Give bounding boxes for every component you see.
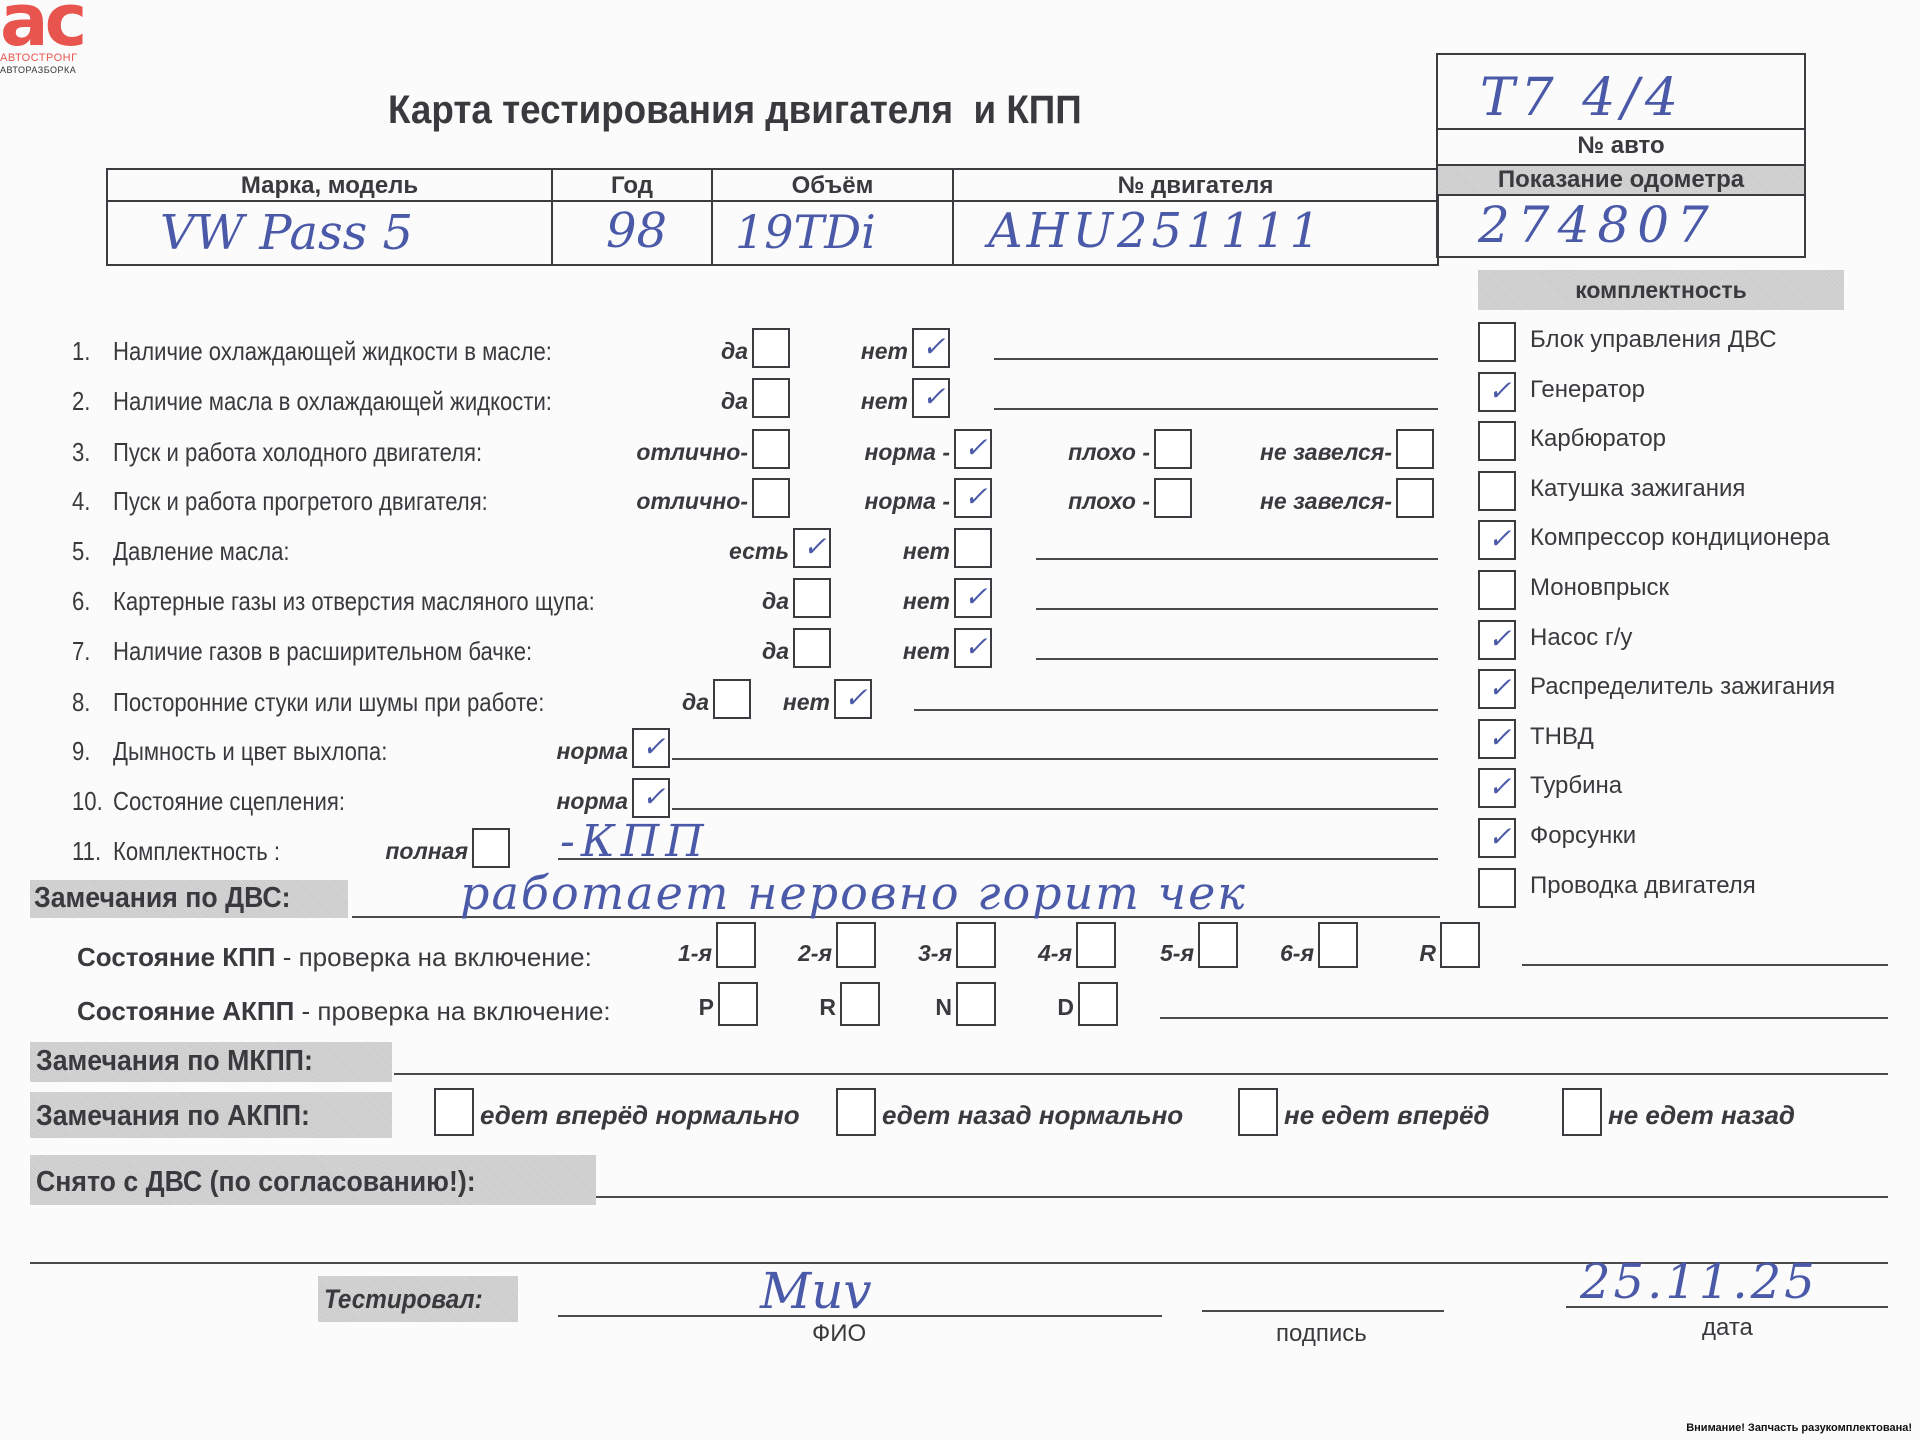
completeness-item-label: Насос г/у [1530, 624, 1632, 652]
check-option-label: нет [784, 538, 950, 565]
completeness-item-label: Распределитель зажигания [1530, 673, 1835, 701]
auto-remark-label: не едет назад [1608, 1100, 1795, 1131]
check-mark-icon: ✓ [844, 683, 867, 713]
gear-checkbox[interactable] [1078, 982, 1118, 1026]
completeness-item-label: Блок управления ДВС [1530, 326, 1777, 354]
check-option-label: норма [462, 738, 628, 765]
check-mark-icon: ✓ [1488, 624, 1511, 654]
value-engine-number[interactable]: AHU251111 [988, 203, 1324, 259]
check-label: Пуск и работа холодного двигателя: [113, 437, 482, 468]
completeness-checkbox[interactable]: ✓ [1478, 620, 1516, 660]
check-number: 7. [72, 636, 90, 667]
gear-label: 1-я [612, 940, 712, 967]
check-mark-icon: ✓ [642, 782, 665, 812]
divider [106, 200, 1439, 202]
page-title: Карта тестирования двигателя и КПП [388, 88, 1082, 133]
header-brand-model: Марка, модель [108, 172, 551, 200]
auto-gearbox-subtitle: - проверка на включение: [294, 996, 610, 1026]
completeness-item-label: Моновпрыск [1530, 574, 1669, 602]
completeness-checkbox[interactable]: ✓ [1478, 669, 1516, 709]
completeness-checkbox[interactable]: ✓ [1478, 818, 1516, 858]
tested-by-label: Тестировал: [324, 1284, 483, 1315]
check-option-label: нет [664, 689, 830, 716]
auto-gearbox-title: Состояние АКПП [77, 996, 294, 1026]
check-label: Дымность и цвет выхлопа: [113, 736, 387, 767]
check-option-label: плохо - [984, 488, 1150, 515]
check-option-box[interactable]: ✓ [632, 728, 670, 768]
completeness-title: комплектность [1478, 277, 1844, 304]
value-year[interactable]: 98 [606, 203, 667, 259]
gear-label: R [736, 994, 836, 1021]
auto-gearbox-line [1160, 1017, 1888, 1019]
car-number-value[interactable]: T7 4/4 [1480, 68, 1684, 128]
signature-line[interactable] [1202, 1310, 1444, 1312]
auto-remark-label: едет назад нормально [882, 1100, 1183, 1131]
check-number: 3. [72, 437, 90, 468]
check-number: 6. [72, 586, 90, 617]
check-option-box[interactable]: ✓ [912, 378, 950, 418]
gear-label: 5-я [1094, 940, 1194, 967]
check-mark-icon: ✓ [642, 732, 665, 762]
completeness-checkbox[interactable]: ✓ [1478, 768, 1516, 808]
engine-remarks-value[interactable]: работает неровно горит чек [460, 866, 1247, 920]
brand-logo: ас АВТОСТРОНГ АВТОРАЗБОРКА [0, 0, 104, 76]
removed-line[interactable] [596, 1196, 1888, 1198]
check-comment-line[interactable] [672, 758, 1438, 760]
check-number: 8. [72, 687, 90, 718]
check-option-label: норма - [784, 439, 950, 466]
auto-remarks-label: Замечания по АКПП: [36, 1100, 310, 1133]
check-number: 2. [72, 386, 90, 417]
check-label: Наличие охлаждающей жидкости в масле: [113, 336, 552, 367]
gear-label: 3-я [852, 940, 952, 967]
header-volume: Объём [713, 172, 952, 200]
completeness-checkbox[interactable] [1478, 868, 1516, 908]
header-engine-number: № двигателя [954, 172, 1437, 200]
manual-gearbox-label: Состояние КПП - проверка на включение: [77, 942, 592, 973]
value-volume[interactable]: 19TDi [735, 205, 876, 259]
check-mark-icon: ✓ [1488, 524, 1511, 554]
check-number: 5. [72, 536, 90, 567]
check-option-label: отлично- [582, 439, 748, 466]
check-option-box[interactable] [1154, 429, 1192, 469]
manual-gearbox-line [1522, 964, 1888, 966]
check-option-box[interactable]: ✓ [954, 628, 992, 668]
gear-label: 2-я [732, 940, 832, 967]
completeness-item-label: Форсунки [1530, 822, 1636, 850]
check-label: Состояние сцепления: [113, 786, 345, 817]
check-option-label: есть [623, 538, 789, 565]
check-option-label: нет [784, 588, 950, 615]
check-number: 10. [72, 786, 103, 817]
check-mark-icon: ✓ [922, 382, 945, 412]
divider [1436, 128, 1806, 130]
signature-caption: подпись [1276, 1320, 1367, 1348]
date-value[interactable]: 25.11.25 [1580, 1254, 1818, 1310]
check-option-box[interactable] [472, 828, 510, 868]
check-mark-icon: ✓ [922, 332, 945, 362]
check-mark-icon: ✓ [1488, 673, 1511, 703]
manual-remarks-label: Замечания по МКПП: [36, 1045, 313, 1078]
check-mark-icon: ✓ [964, 582, 987, 612]
check-comment-line[interactable] [1036, 608, 1438, 610]
check-label: Наличие масла в охлаждающей жидкости: [113, 386, 552, 417]
brand-name: АВТОСТРОНГ [0, 52, 78, 64]
check-option-box[interactable]: ✓ [834, 679, 872, 719]
check-comment-line[interactable] [1036, 658, 1438, 660]
auto-remark-checkbox[interactable] [434, 1088, 474, 1136]
brand-subtitle: АВТОРАЗБОРКА [0, 65, 76, 75]
check-mark-icon: ✓ [1488, 723, 1511, 753]
check-option-box[interactable]: ✓ [912, 328, 950, 368]
gear-label: P [614, 994, 714, 1021]
gear-label: R [1336, 940, 1436, 967]
car-number-label: № авто [1436, 132, 1806, 160]
completeness-item-label: Карбюратор [1530, 425, 1666, 453]
check-comment-line[interactable] [672, 808, 1438, 810]
name-caption: ФИО [812, 1320, 866, 1348]
check-comment-line[interactable] [994, 408, 1438, 410]
completeness-item-label: Генератор [1530, 376, 1645, 404]
check-option-label: полная [302, 838, 468, 865]
completeness-item-label: ТНВД [1530, 723, 1594, 751]
completeness-checkbox[interactable]: ✓ [1478, 719, 1516, 759]
header-year: Год [553, 172, 711, 200]
check-option-box[interactable]: ✓ [954, 578, 992, 618]
check-option-label: плохо - [984, 439, 1150, 466]
check-label: Давление масла: [113, 536, 290, 567]
gear-checkbox[interactable] [1440, 922, 1480, 968]
auto-remark-checkbox[interactable] [1238, 1088, 1278, 1136]
check-option-label: нет [742, 338, 908, 365]
gear-label: 6-я [1214, 940, 1314, 967]
check-number: 11. [72, 836, 101, 867]
auto-gearbox-label: Состояние АКПП - проверка на включение: [77, 996, 611, 1027]
check-option-label: норма - [784, 488, 950, 515]
date-caption: дата [1702, 1314, 1753, 1342]
check-option-label: нет [784, 638, 950, 665]
check-mark-icon: ✓ [1488, 376, 1511, 406]
check-mark-icon: ✓ [1488, 822, 1511, 852]
check-label: Комплектность : [113, 836, 280, 867]
manual-gearbox-title: Состояние КПП [77, 942, 276, 972]
auto-remark-label: едет вперёд нормально [480, 1100, 800, 1131]
completeness-checkbox[interactable] [1478, 322, 1516, 362]
auto-remark-checkbox[interactable] [1562, 1088, 1602, 1136]
completeness-note[interactable]: -КПП [560, 816, 710, 867]
gear-label: N [852, 994, 952, 1021]
check-option-label: да [582, 338, 748, 365]
engine-remarks-label: Замечания по ДВС: [34, 882, 291, 915]
completeness-checkbox[interactable]: ✓ [1478, 372, 1516, 412]
check-comment-line[interactable] [914, 709, 1438, 711]
check-number: 1. [72, 336, 90, 367]
completeness-item-label: Турбина [1530, 772, 1622, 800]
completeness-item-label: Проводка двигателя [1530, 872, 1756, 900]
removed-label: Снято с ДВС (по согласованию!): [36, 1166, 476, 1199]
check-number: 4. [72, 486, 90, 517]
odometer-value[interactable]: 274807 [1478, 196, 1717, 254]
gear-label: D [974, 994, 1074, 1021]
check-option-box[interactable] [1154, 478, 1192, 518]
check-mark-icon: ✓ [964, 632, 987, 662]
odometer-label: Показание одометра [1436, 166, 1806, 194]
check-option-label: норма [462, 788, 628, 815]
auto-remark-checkbox[interactable] [836, 1088, 876, 1136]
check-comment-line[interactable] [1036, 558, 1438, 560]
check-option-box[interactable] [954, 528, 992, 568]
auto-remark-label: не едет вперёд [1284, 1100, 1490, 1131]
check-mark-icon: ✓ [1488, 772, 1511, 802]
completeness-checkbox[interactable] [1478, 471, 1516, 511]
check-option-label: отлично- [582, 488, 748, 515]
check-label: Пуск и работа прогретого двигателя: [113, 486, 488, 517]
check-option-box[interactable]: ✓ [632, 778, 670, 818]
completeness-checkbox[interactable] [1478, 421, 1516, 461]
check-label: Картерные газы из отверстия масляного щу… [113, 586, 595, 617]
check-comment-line[interactable] [994, 358, 1438, 360]
check-option-box[interactable] [1396, 429, 1434, 469]
completeness-item-label: Компрессор кондиционера [1530, 524, 1830, 552]
tester-name-value[interactable]: Миv [760, 1262, 872, 1320]
check-option-box[interactable] [1396, 478, 1434, 518]
manual-gearbox-subtitle: - проверка на включение: [276, 942, 592, 972]
check-label: Посторонние стуки или шумы при работе: [113, 687, 544, 718]
footer-warning: Внимание! Запчасть разукомплектована! [1686, 1422, 1912, 1434]
completeness-checkbox[interactable] [1478, 570, 1516, 610]
value-brand-model[interactable]: VW Pass 5 [160, 205, 413, 261]
manual-remarks-line[interactable] [394, 1073, 1888, 1075]
check-option-label: да [623, 638, 789, 665]
check-option-label: да [582, 388, 748, 415]
gear-label: 4-я [972, 940, 1072, 967]
completeness-item-label: Катушка зажигания [1530, 475, 1745, 503]
completeness-checkbox[interactable]: ✓ [1478, 520, 1516, 560]
check-option-label: не завелся- [1226, 488, 1392, 515]
check-number: 9. [72, 736, 90, 767]
check-option-label: нет [742, 388, 908, 415]
check-option-label: да [623, 588, 789, 615]
check-label: Наличие газов в расширительном бачке: [113, 636, 532, 667]
check-option-label: не завелся- [1226, 439, 1392, 466]
